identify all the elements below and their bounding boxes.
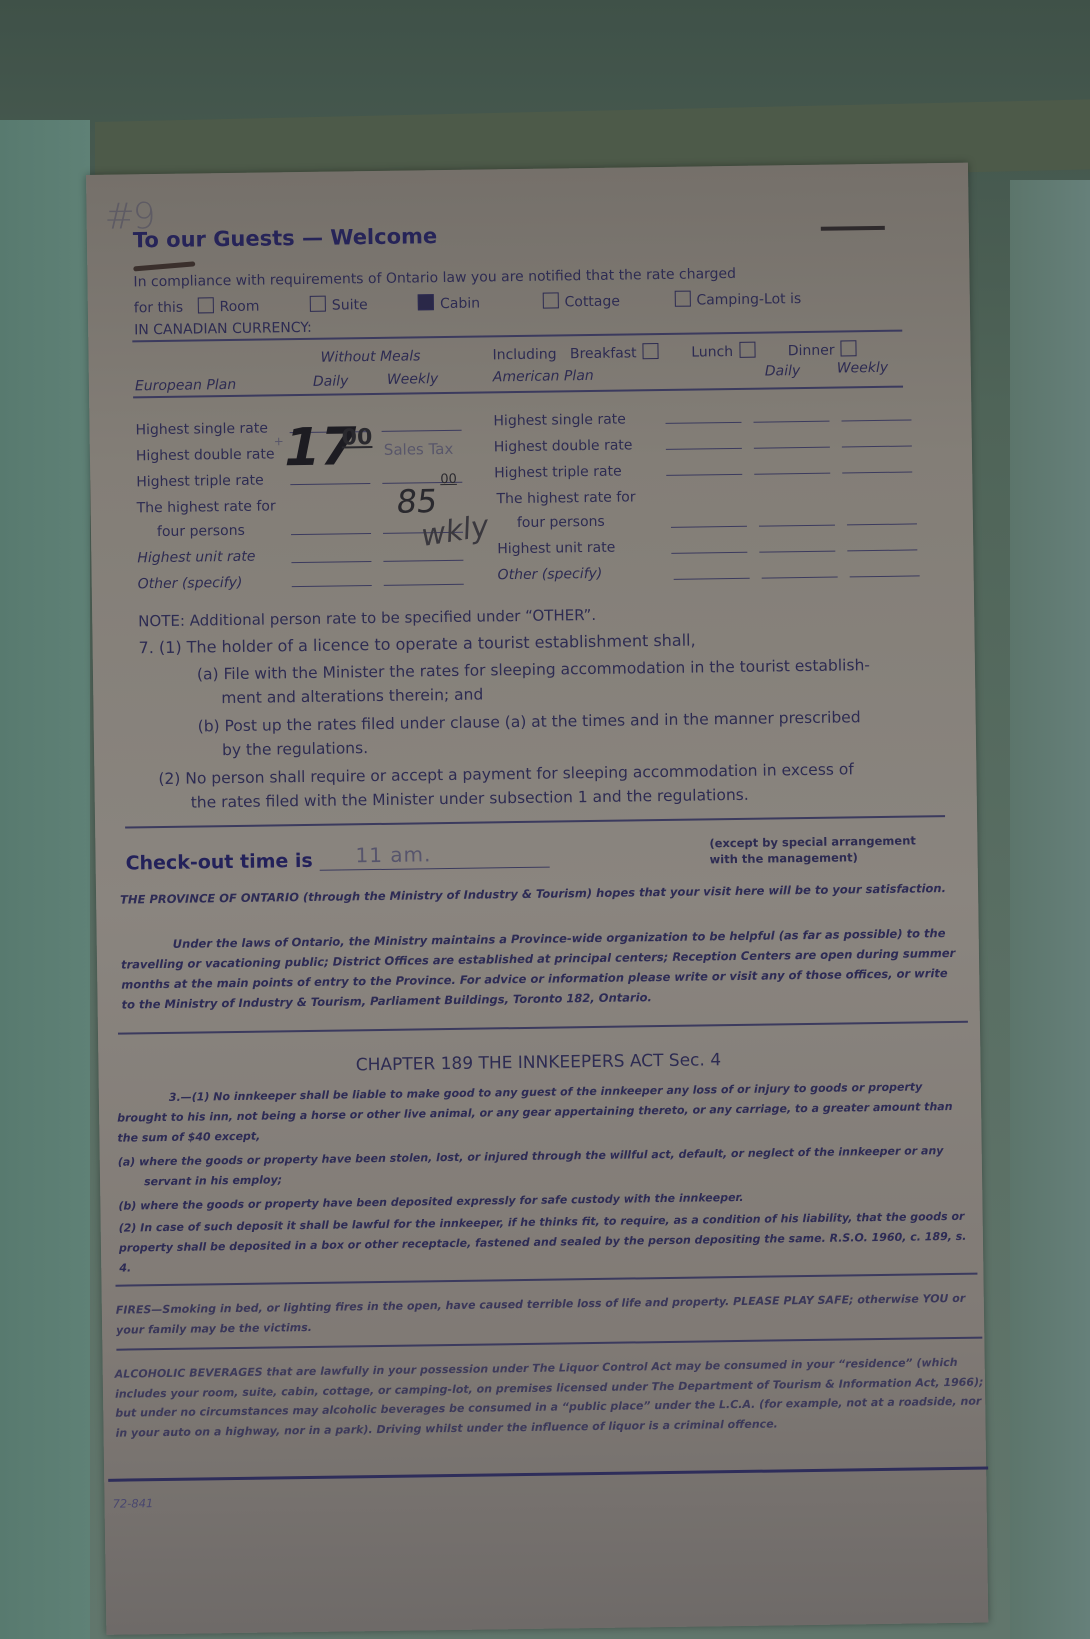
eu-triple-label: Highest triple rate <box>136 473 264 491</box>
am-four-field-2[interactable] <box>759 525 835 527</box>
innkeepers-pa: (a) where the goods or property have bee… <box>118 1141 973 1193</box>
breakfast-label: Breakfast <box>570 345 637 362</box>
handwritten-weekly-cents: 00 <box>440 472 457 487</box>
page-title: To our Guests — Welcome <box>133 224 438 252</box>
am-other-field-3[interactable] <box>850 575 920 577</box>
label-cabin: Cabin <box>440 296 480 313</box>
am-four-field-1[interactable] <box>671 526 747 528</box>
dinner-label: Dinner <box>788 343 835 360</box>
lunch-label: Lunch <box>691 344 733 361</box>
bottom-rule <box>108 1467 988 1482</box>
label-suite: Suite <box>332 297 368 313</box>
am-other-label: Other (specify) <box>498 566 603 583</box>
fires-text: FIRES—Smoking in bed, or lighting fires … <box>116 1289 978 1341</box>
handwritten-plus: + <box>274 434 284 448</box>
eu-unit-daily-field[interactable] <box>291 561 371 563</box>
checkbox-lunch[interactable] <box>739 342 755 358</box>
am-four-label-1: The highest rate for <box>496 489 635 507</box>
am-single-field-2[interactable] <box>754 421 830 423</box>
eu-other-weekly-field[interactable] <box>384 584 464 586</box>
eu-other-daily-field[interactable] <box>292 585 372 587</box>
eu-single-label: Highest single rate <box>135 420 268 438</box>
am-triple-label: Highest triple rate <box>494 464 622 482</box>
american-daily-header: Daily <box>765 363 801 379</box>
am-other-field-1[interactable] <box>674 578 750 580</box>
handwritten-underline <box>133 261 195 271</box>
european-weekly-header: Weekly <box>387 371 439 388</box>
accommodation-row: for this Room Suite Cabin Cottage Campin… <box>134 289 802 316</box>
am-unit-field-2[interactable] <box>759 551 835 553</box>
wall-left <box>0 120 90 1639</box>
innkeepers-p1: 3.—(1) No innkeeper shall be liable to m… <box>117 1077 973 1149</box>
decorative-rule <box>821 226 885 231</box>
innkeepers-p2: (2) In case of such deposit it shall be … <box>119 1207 975 1279</box>
section7-s2-line1: (2) No person shall require or accept a … <box>158 760 854 788</box>
am-other-field-2[interactable] <box>762 577 838 579</box>
without-meals-header: Without Meals <box>320 348 420 365</box>
alcohol-text: ALCOHOLIC BEVERAGES that are lawfully in… <box>115 1353 986 1443</box>
eu-four-daily-field[interactable] <box>291 533 371 535</box>
handwritten-sales-tax: Sales Tax <box>384 440 454 459</box>
am-double-field-2[interactable] <box>754 447 830 449</box>
european-plan-header: European Plan <box>135 377 236 394</box>
am-single-field-3[interactable] <box>842 419 912 421</box>
am-four-field-3[interactable] <box>847 523 917 525</box>
innkeepers-heading: CHAPTER 189 THE INNKEEPERS ACT Sec. 4 <box>98 1047 978 1079</box>
ministry-text: Under the laws of Ontario, the Ministry … <box>121 923 962 1015</box>
handwritten-checkout-time: 11 am. <box>355 842 431 867</box>
american-plan-header: American Plan <box>493 368 594 385</box>
section7-b-line1: (b) Post up the rates filed under clause… <box>198 708 861 735</box>
label-camping-lot: Camping-Lot is <box>696 291 801 308</box>
eu-four-label-1: The highest rate for <box>137 498 276 516</box>
checkbox-dinner[interactable] <box>840 340 856 356</box>
am-single-field-1[interactable] <box>666 422 742 424</box>
eu-unit-label: Highest unit rate <box>137 549 255 567</box>
checkbox-suite[interactable] <box>310 296 326 312</box>
eu-four-label-2: four persons <box>157 523 245 540</box>
am-triple-field-2[interactable] <box>754 473 830 475</box>
section7-b-line2: by the regulations. <box>222 739 368 759</box>
checkbox-room[interactable] <box>197 297 213 313</box>
checkout-time-field[interactable] <box>320 867 550 871</box>
section7-a-line2: ment and alterations therein; and <box>221 686 483 708</box>
checkbox-camping-lot[interactable] <box>674 291 690 307</box>
european-daily-header: Daily <box>313 373 349 389</box>
am-double-label: Highest double rate <box>494 437 633 455</box>
currency-line: IN CANADIAN CURRENCY: <box>134 320 312 338</box>
am-unit-field-1[interactable] <box>671 552 747 554</box>
checkout-note-line1: (except by special arrangement <box>709 833 916 850</box>
province-text: THE PROVINCE OF ONTARIO (through the Min… <box>120 879 960 910</box>
checkbox-breakfast[interactable] <box>642 343 658 359</box>
am-unit-field-3[interactable] <box>847 549 917 551</box>
including-label: Including <box>492 346 556 363</box>
checkbox-cottage[interactable] <box>542 292 558 308</box>
rate-card: #9 To our Guests — Welcome In compliance… <box>86 163 988 1635</box>
am-double-field-1[interactable] <box>666 448 742 450</box>
american-weekly-header: Weekly <box>837 360 889 377</box>
am-double-field-3[interactable] <box>842 445 912 447</box>
for-this-label: for this <box>134 300 183 317</box>
section7-s1: 7. (1) The holder of a licence to operat… <box>138 631 695 658</box>
section7-a-line1: (a) File with the Minister the rates for… <box>197 656 870 683</box>
eu-unit-weekly-field[interactable] <box>383 560 463 562</box>
checkout-note-line2: with the management) <box>710 850 858 866</box>
am-triple-field-1[interactable] <box>666 474 742 476</box>
eu-single-weekly-field[interactable] <box>382 430 462 432</box>
form-number: 72-841 <box>112 1496 153 1511</box>
section7-s2-line2: the rates filed with the Minister under … <box>191 786 749 812</box>
checkout-label: Check-out time is <box>125 850 312 875</box>
am-single-label: Highest single rate <box>493 411 626 429</box>
handwritten-daily-cents: 00 <box>342 425 373 450</box>
wall-right <box>1010 180 1090 1639</box>
handwritten-weekly-rate: 85 <box>394 482 440 521</box>
meals-header: Including Breakfast Lunch Dinner <box>492 340 862 363</box>
note-text: NOTE: Additional person rate to be speci… <box>138 606 596 630</box>
label-cottage: Cottage <box>564 294 620 311</box>
divider <box>133 386 903 398</box>
eu-triple-daily-field[interactable] <box>290 483 370 485</box>
am-four-label-2: four persons <box>517 514 605 531</box>
label-room: Room <box>219 299 259 316</box>
am-unit-label: Highest unit rate <box>497 540 615 558</box>
divider <box>118 1021 968 1034</box>
eu-other-label: Other (specify) <box>138 575 243 592</box>
eu-double-label: Highest double rate <box>136 446 275 464</box>
divider <box>125 815 945 828</box>
checkbox-cabin[interactable] <box>418 294 434 310</box>
am-triple-field-3[interactable] <box>842 471 912 473</box>
intro-text: In compliance with requirements of Ontar… <box>133 266 736 290</box>
